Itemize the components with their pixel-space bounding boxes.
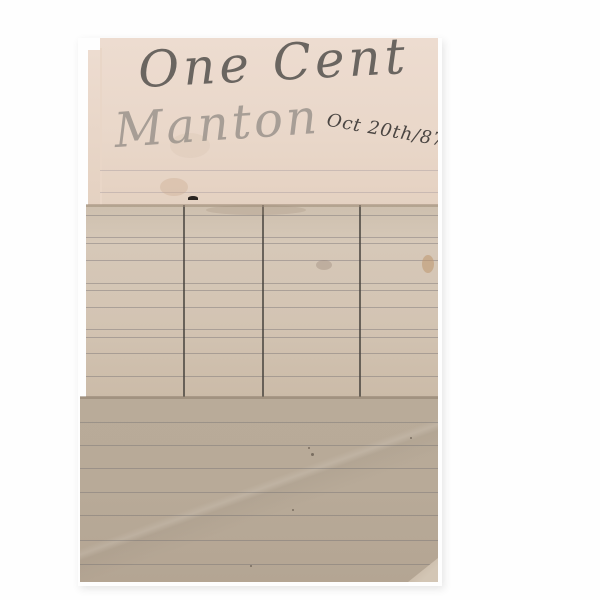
speck	[311, 453, 314, 456]
top-panel: One Cent Manton Oct 20th/87	[100, 38, 438, 206]
fold-crease-upper	[86, 204, 438, 207]
ruled-line	[80, 515, 438, 516]
speck	[410, 437, 412, 439]
photo-scene: One Cent Manton Oct 20th/87	[0, 0, 600, 600]
ink-mark	[188, 196, 198, 200]
ruled-line	[80, 540, 438, 541]
ruled-line	[80, 564, 438, 565]
ruled-line	[100, 192, 438, 193]
ruled-line	[80, 492, 438, 493]
diagonal-crease	[80, 397, 438, 582]
speck	[292, 509, 294, 511]
bottom-panel	[80, 397, 438, 582]
ruled-line	[80, 422, 438, 423]
column-line	[183, 205, 185, 397]
column-line	[262, 205, 264, 397]
ruled-line	[80, 468, 438, 469]
ruled-line	[80, 445, 438, 446]
handwritten-date: Oct 20th/87	[325, 110, 438, 151]
column-line	[359, 205, 361, 397]
speck	[308, 447, 310, 449]
paper-stain	[422, 255, 434, 273]
paper-stain	[316, 260, 332, 270]
speck	[250, 565, 252, 567]
handwritten-title: One Cent	[137, 38, 410, 99]
handwritten-name: Manton	[112, 89, 321, 159]
paper-stain	[160, 178, 188, 196]
fold-crease-lower	[80, 396, 438, 399]
middle-ledger-panel	[86, 205, 438, 397]
ruled-line	[100, 170, 438, 171]
